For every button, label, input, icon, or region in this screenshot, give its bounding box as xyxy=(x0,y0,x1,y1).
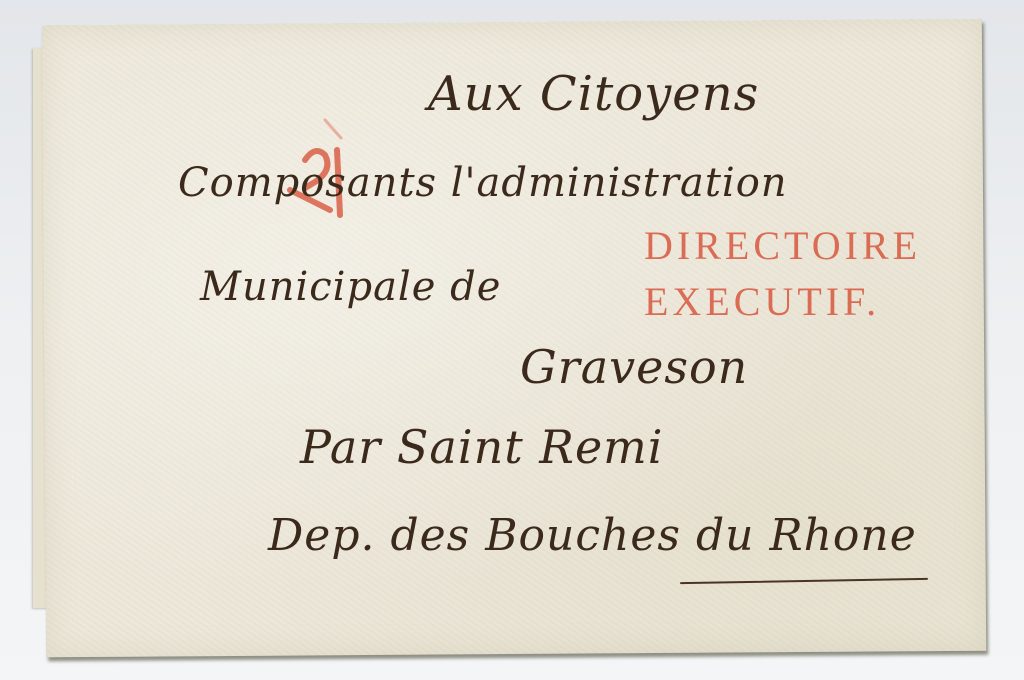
address-line-1: Aux Citoyens xyxy=(428,66,759,122)
postmark-line-1: DIRECTOIRE xyxy=(644,222,921,269)
address-line-3: Municipale de xyxy=(200,264,501,310)
postmark-line-2: EXECUTIF. xyxy=(644,278,880,325)
address-line-6: Dep. des Bouches du Rhone xyxy=(268,510,917,561)
address-line-4: Graveson xyxy=(520,340,748,394)
address-line-2: Composants l'administration xyxy=(178,160,788,206)
address-line-5: Par Saint Remi xyxy=(300,420,664,474)
